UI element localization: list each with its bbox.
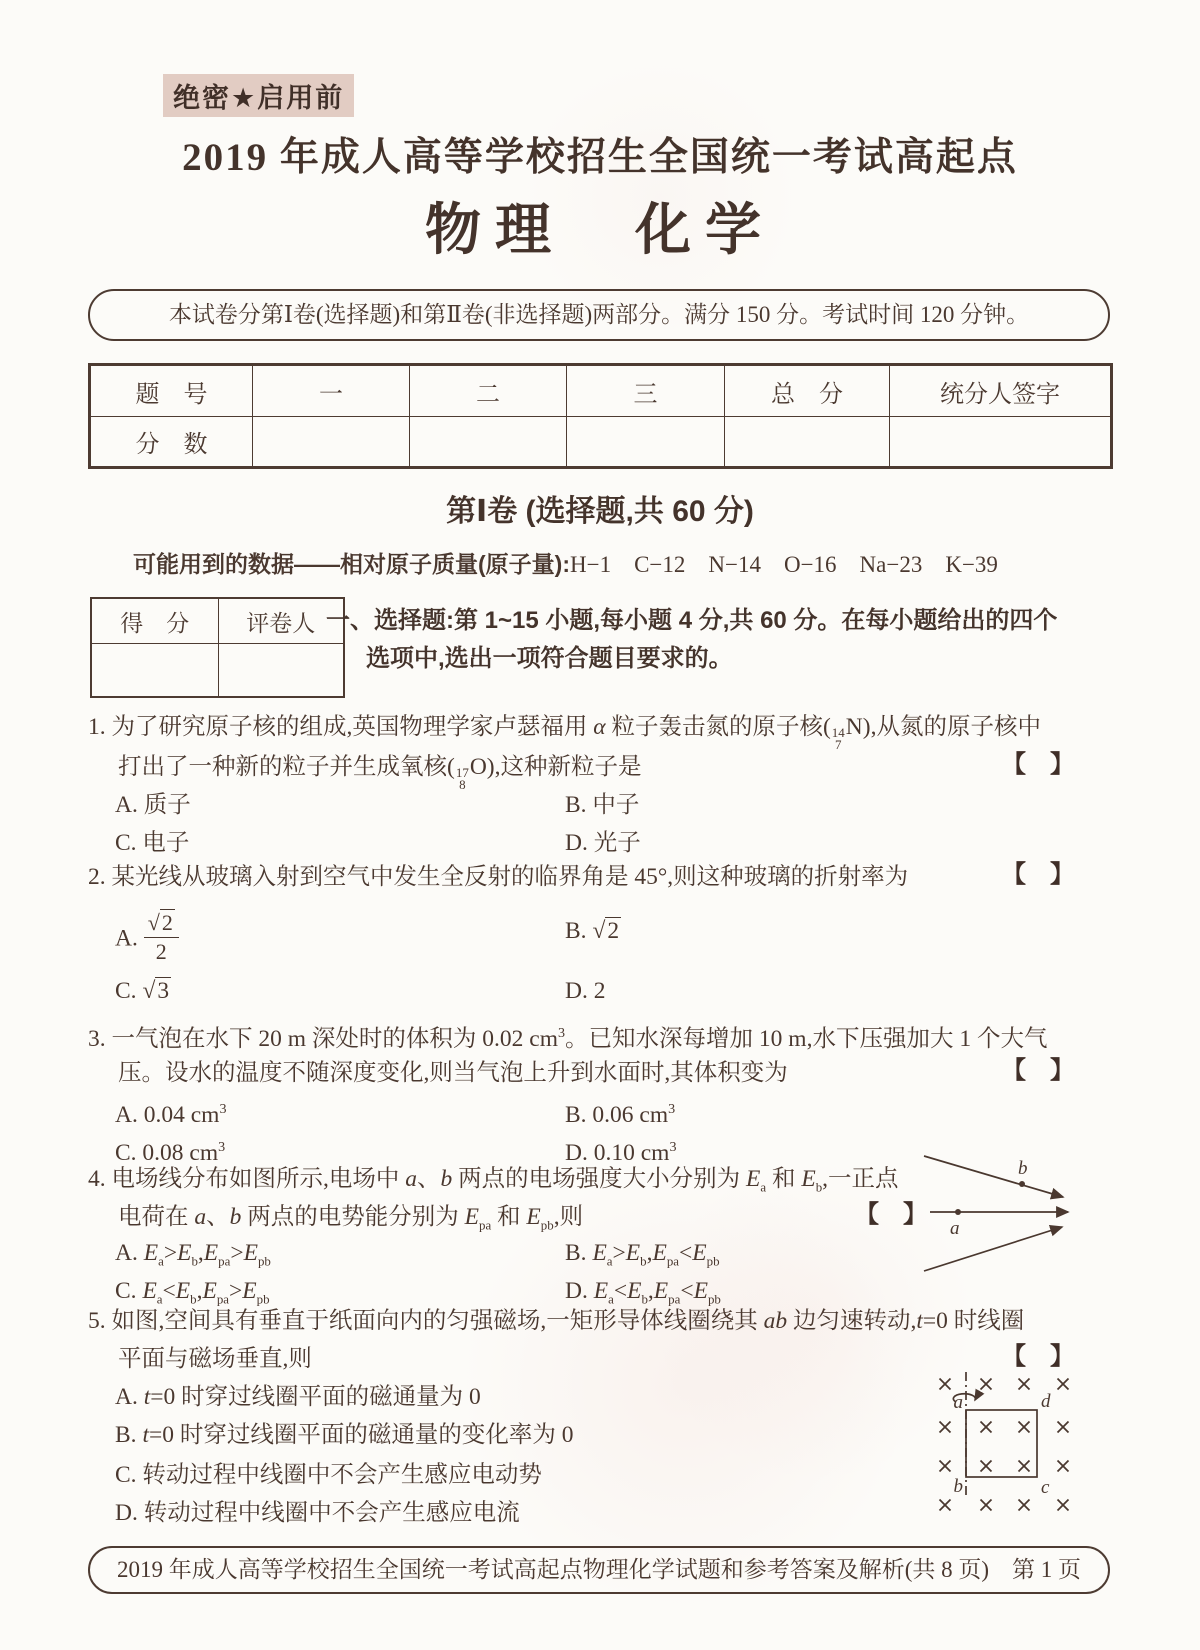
q5-option-d: D. 转动过程中线圈中不会产生感应电流 — [115, 1498, 520, 1529]
page-footer: 2019 年成人高等学校招生全国统一考试高起点物理化学试题和参考答案及解析(共 … — [88, 1546, 1110, 1594]
q3-text-line2: 压。设水的温度不随深度变化,则当气泡上升到水面时,其体积变为 — [118, 1058, 788, 1089]
score-cell-empty — [410, 417, 567, 468]
q5-option-c: C. 转动过程中线圈中不会产生感应电动势 — [115, 1460, 542, 1491]
instruction-line1: 一、选择题:第 1~15 小题,每小题 4 分,共 60 分。在每小题给出的四个 — [326, 600, 1057, 635]
q2-option-d: D. 2 — [565, 976, 605, 1007]
subject-title: 物理 化学 — [0, 186, 1200, 266]
q4-option-b: B. Ea>Eb,Epa<Epb — [565, 1238, 720, 1277]
q4-field-diagram: b a — [920, 1148, 1120, 1280]
q4-text-line1: 4. 电场线分布如图所示,电场中 a、b 两点的电场强度大小分别为 Ea 和 E… — [88, 1164, 899, 1203]
score-col-question: 题 号 — [90, 365, 253, 417]
q2-option-a: A. √22 — [115, 912, 179, 968]
score-cell-empty — [253, 417, 410, 468]
instruction-line2: 选项中,选出一项符合题目要求的。 — [366, 638, 733, 673]
field-line-bottom — [924, 1227, 1062, 1271]
point-a-dot — [955, 1209, 961, 1215]
corner-d-label: d — [1041, 1391, 1051, 1412]
q3-answer-bracket: 【 】 — [1002, 1056, 1074, 1087]
q3-option-a: A. 0.04 cm3 — [115, 1094, 226, 1131]
q5-text-line1: 5. 如图,空间具有垂直于纸面向内的匀强磁场,一矩形导体线圈绕其 ab 边匀速转… — [88, 1306, 1024, 1337]
score-cell-empty — [567, 417, 725, 468]
corner-c-label: c — [1041, 1477, 1050, 1498]
grade-box-empty — [218, 644, 344, 698]
grade-box-empty — [91, 644, 218, 698]
grade-box: 得 分 评卷人 — [90, 597, 345, 698]
score-col-total: 总 分 — [725, 365, 890, 417]
atomic-mass-note: 可能用到的数据——相对原子质量(原子量):H−1 C−12 N−14 O−16 … — [133, 546, 998, 579]
q5-text-line2: 平面与磁场垂直,则 — [118, 1344, 312, 1375]
corner-b-label: b — [954, 1476, 964, 1497]
q2-option-c: C. √3 — [115, 976, 171, 1007]
q1-option-b: B. 中子 — [565, 790, 639, 821]
q2-option-b: B. √2 — [565, 916, 621, 947]
score-row-label: 分 数 — [90, 417, 253, 468]
atomic-mass-label: 可能用到的数据——相对原子质量(原子量): — [133, 551, 570, 577]
score-col-three: 三 — [567, 365, 725, 417]
q4-option-a: A. Ea>Eb,Epa>Epb — [115, 1238, 271, 1277]
point-b-dot — [1019, 1181, 1025, 1187]
score-col-two: 二 — [410, 365, 567, 417]
field-line-top — [924, 1156, 1063, 1197]
exam-page: 绝密★启用前 2019 年成人高等学校招生全国统一考试高起点 物理 化学 本试卷… — [0, 0, 1200, 1650]
q2-text-line1: 2. 某光线从玻璃入射到空气中发生全反射的临界角是 45°,则这种玻璃的折射率为 — [88, 862, 908, 893]
point-b-label: b — [1018, 1158, 1028, 1179]
q1-text-line2: 打出了一种新的粒子并生成氧核(178O),这种新粒子是 — [118, 752, 642, 792]
atomic-mass-values: H−1 C−12 N−14 O−16 Na−23 K−39 — [570, 552, 998, 577]
page-title: 2019 年成人高等学校招生全国统一考试高起点 — [0, 126, 1200, 182]
q5-option-b: B. t=0 时穿过线圈平面的磁通量的变化率为 0 — [115, 1420, 573, 1451]
q3-text-line1: 3. 一气泡在水下 20 m 深处时的体积为 0.02 cm3。已知水深每增加 … — [88, 1018, 1047, 1055]
score-col-one: 一 — [253, 365, 410, 417]
q1-option-a: A. 质子 — [115, 790, 191, 821]
q1-option-d: D. 光子 — [565, 828, 641, 859]
q5-option-a: A. t=0 时穿过线圈平面的磁通量为 0 — [115, 1382, 481, 1413]
q2-answer-bracket: 【 】 — [1002, 860, 1074, 891]
q5-coil-diagram: a d b c — [935, 1370, 1115, 1515]
score-col-signature: 统分人签字 — [890, 365, 1112, 417]
q1-text-line1: 1. 为了研究原子核的组成,英国物理学家卢瑟福用 α 粒子轰击氮的原子核(147… — [88, 712, 1041, 752]
point-a-label: a — [950, 1218, 960, 1239]
score-summary-table: 题 号 一 二 三 总 分 统分人签字 分 数 — [88, 363, 1113, 469]
exam-notice: 本试卷分第Ⅰ卷(选择题)和第Ⅱ卷(非选择题)两部分。满分 150 分。考试时间 … — [88, 289, 1110, 341]
secret-label: 绝密★启用前 — [163, 74, 354, 117]
score-cell-empty — [890, 417, 1112, 468]
coil-rect — [966, 1410, 1037, 1477]
q4-answer-bracket: 【 】 — [855, 1200, 927, 1231]
q3-option-b: B. 0.06 cm3 — [565, 1094, 675, 1131]
section1-heading: 第Ⅰ卷 (选择题,共 60 分) — [0, 486, 1200, 530]
score-cell-empty — [725, 417, 890, 468]
corner-a-label: a — [954, 1392, 964, 1413]
q1-option-c: C. 电子 — [115, 828, 189, 859]
grade-box-score-label: 得 分 — [91, 598, 218, 644]
q1-answer-bracket: 【 】 — [1002, 750, 1074, 781]
q5-answer-bracket: 【 】 — [1002, 1342, 1074, 1373]
q4-text-line2: 电荷在 a、b 两点的电势能分别为 Epa 和 Epb,则 — [118, 1202, 583, 1241]
